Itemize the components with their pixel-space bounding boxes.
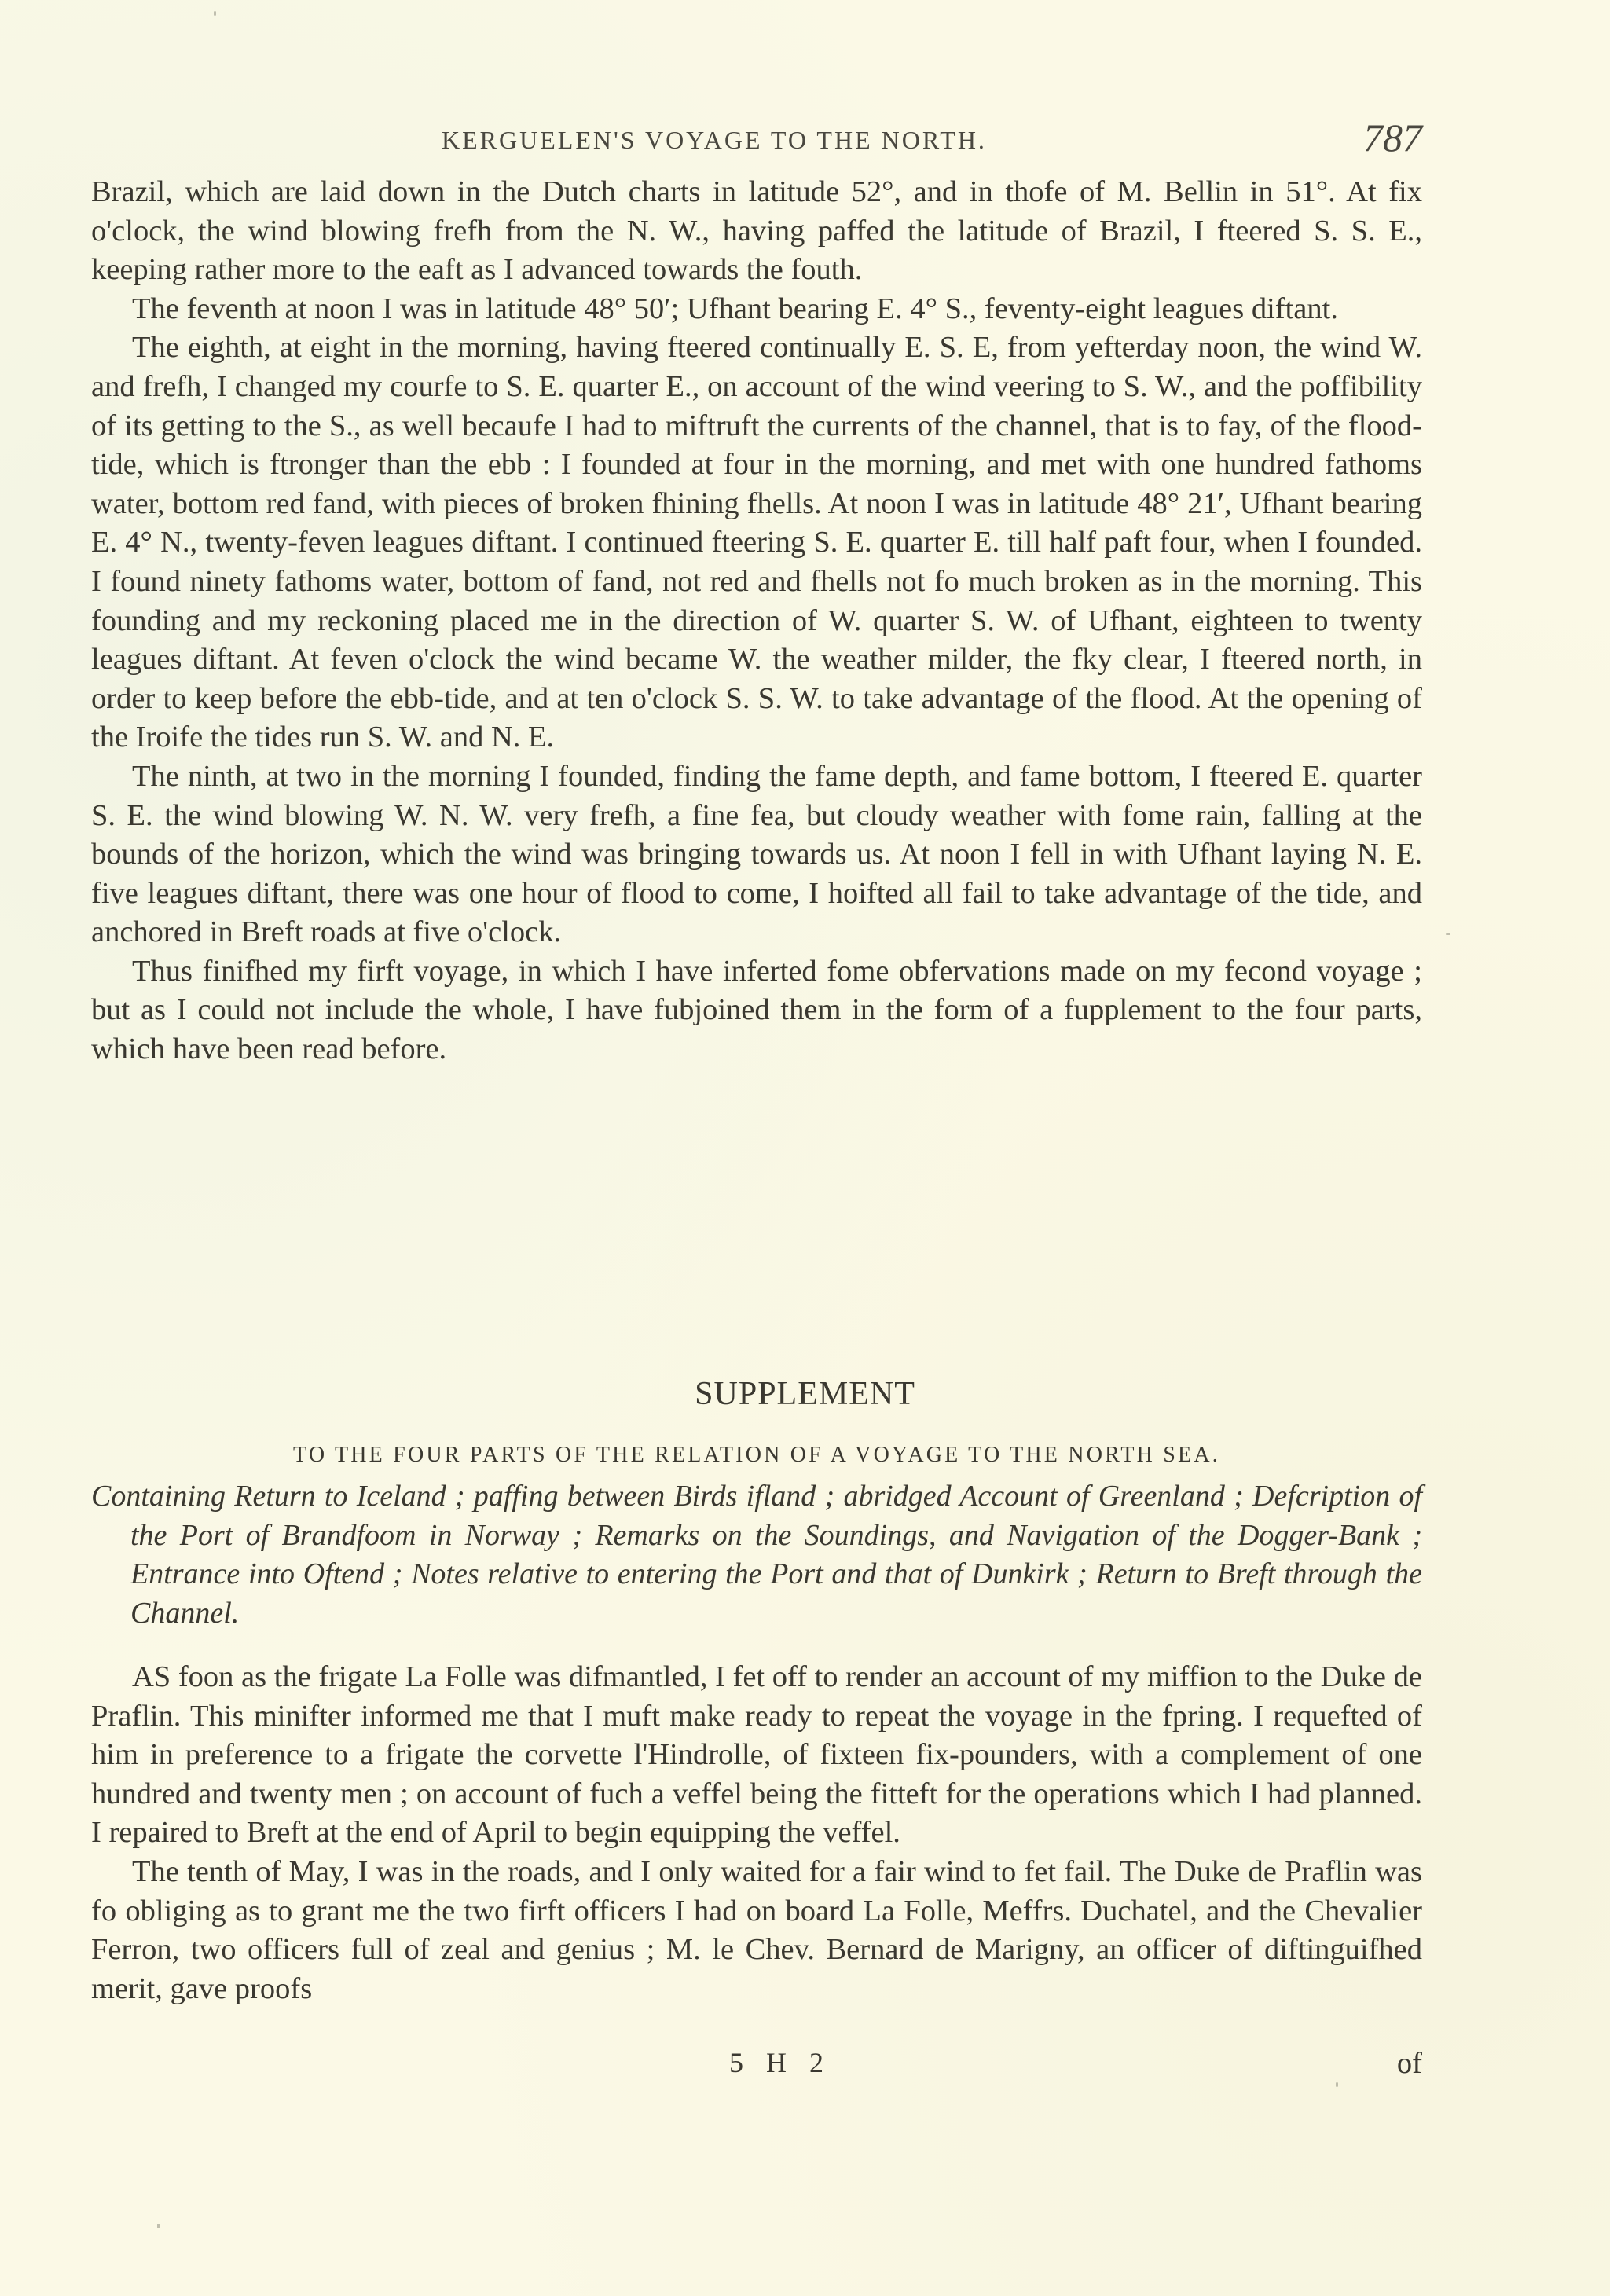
supplement-body: AS foon as the frigate La Folle was difm… [91, 1658, 1422, 2008]
supplement-subtitle: TO THE FOUR PARTS OF THE RELATION OF A V… [91, 1443, 1422, 1468]
running-title: KERGUELEN's VOYAGE TO THE NORTH. [442, 126, 987, 155]
scanned-book-page: KERGUELEN's VOYAGE TO THE NORTH. 787 Bra… [0, 0, 1610, 2296]
page-footer: 5 H 2 of [91, 2046, 1422, 2090]
page-number: 787 [1363, 115, 1422, 160]
paper-speck [214, 11, 216, 16]
paper-speck [157, 2224, 160, 2228]
paper-speck [1446, 933, 1450, 935]
paragraph-ninth: The ninth, at two in the morning I found… [91, 757, 1422, 952]
paragraph-conclusion: Thus finifhed my firft voyage, in which … [91, 952, 1422, 1069]
signature-mark: 5 H 2 [729, 2046, 831, 2079]
paragraph-seventh: The feventh at noon I was in latitude 48… [91, 290, 1422, 329]
paper-speck [1336, 2082, 1338, 2087]
body-text: Brazil, which are laid down in the Dutch… [91, 173, 1422, 1069]
paragraph-supplement-2: The tenth of May, I was in the roads, an… [91, 1853, 1422, 2008]
catchword: of [1397, 2046, 1422, 2081]
paragraph-supplement-1: AS foon as the frigate La Folle was difm… [91, 1658, 1422, 1853]
paragraph-continued: Brazil, which are laid down in the Dutch… [91, 173, 1422, 290]
running-head: KERGUELEN's VOYAGE TO THE NORTH. 787 [91, 118, 1422, 165]
supplement-title: SUPPLEMENT [0, 1375, 1610, 1413]
paragraph-eighth: The eighth, at eight in the morning, hav… [91, 328, 1422, 757]
supplement-contents: Containing Return to Iceland ; paffing b… [91, 1477, 1422, 1633]
